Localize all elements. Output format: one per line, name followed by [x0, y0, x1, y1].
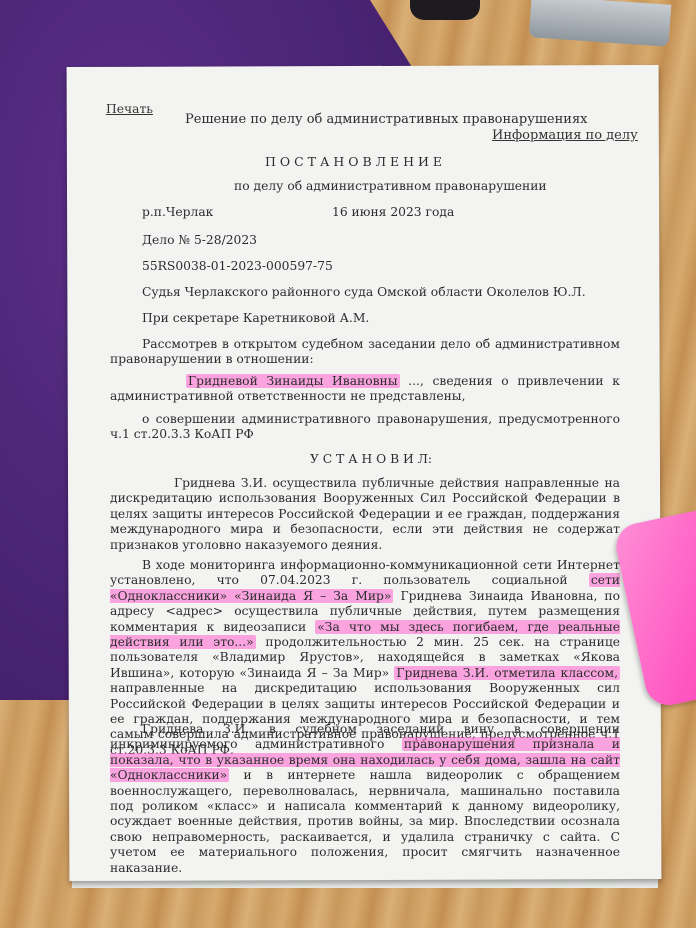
- print-link[interactable]: Печать: [106, 102, 153, 117]
- highlight-liked: Гриднева З.И. отметила классом,: [394, 666, 620, 680]
- case-uid: 55RS0038-01-2023-000597-75: [142, 259, 333, 274]
- secretary: При секретаре Каретниковой А.М.: [142, 311, 369, 326]
- stamp-object: [410, 0, 480, 20]
- document-subtitle: по делу об административном правонарушен…: [234, 179, 547, 194]
- paragraph-3: Гриднева З.И. в судебном заседании вину …: [110, 722, 620, 876]
- date: 16 июня 2023 года: [332, 205, 454, 220]
- judge: Судья Черлакского районного суда Омской …: [142, 285, 586, 300]
- highlighted-name: Гридневой Зинаиды Ивановны: [186, 374, 400, 388]
- paragraph-offense: о совершении административного правонару…: [110, 412, 620, 443]
- header-title: Решение по делу об административных прав…: [185, 112, 588, 127]
- case-number: Дело № 5-28/2023: [142, 233, 257, 248]
- case-info-link[interactable]: Информация по делу: [492, 128, 638, 143]
- established-heading: У С Т А Н О В И Л:: [310, 452, 432, 467]
- paragraph-defendant: Гридневой Зинаиды Ивановны ..., сведения…: [110, 374, 620, 405]
- place: р.п.Черлак: [142, 205, 213, 220]
- stapler-object: [529, 0, 672, 47]
- paragraph-1: Гриднева З.И. осуществила публичные дейс…: [110, 476, 620, 553]
- document-title: П О С Т А Н О В Л Е Н И Е: [265, 154, 442, 169]
- paragraph-considered: Рассмотрев в открытом судебном заседании…: [110, 337, 620, 368]
